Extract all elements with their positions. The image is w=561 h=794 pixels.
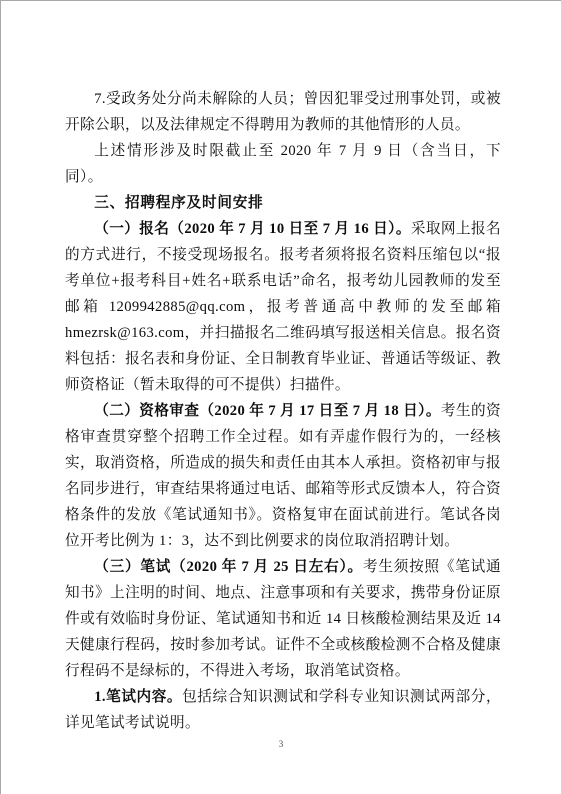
para-registration: （一）报名（2020 年 7 月 10 日至 7 月 16 日）。采取网上报名的…: [65, 216, 501, 398]
page-number: 3: [1, 739, 561, 749]
heading-recruitment-procedure-text: 三、招聘程序及时间安排: [94, 195, 263, 211]
para-written-exam-lead: （三）笔试（2020 年 7 月 25 日左右）。: [94, 559, 363, 575]
para-qualification-review-lead: （二）资格审查（2020 年 7 月 17 日至 7 月 18 日）。: [94, 403, 441, 419]
para-exam-content: 1.笔试内容。包括综合知识测试和学科专业知识测试两部分，详见笔试考试说明。: [65, 684, 501, 736]
para-registration-lead: （一）报名（2020 年 7 月 10 日至 7 月 16 日）。: [94, 221, 411, 237]
document-body: 7.受政务处分尚未解除的人员；曾因犯罪受过刑事处罚，或被开除公职，以及法律规定不…: [65, 86, 501, 736]
para-deadline-note: 上述情形涉及时限截止至 2020 年 7 月 9 日（含当日，下同）。: [65, 138, 501, 190]
para-qualification-review: （二）资格审查（2020 年 7 月 17 日至 7 月 18 日）。考生的资格…: [65, 398, 501, 554]
para-written-exam-body: 考生须按照《笔试通知书》上注明的时间、地点、注意事项和有关要求，携带身份证原件或…: [65, 559, 501, 679]
para-qualification-review-body: 考生的资格审查贯穿整个招聘工作全过程。如有弄虚作假行为的，一经核实，取消资格，所…: [65, 403, 501, 549]
heading-recruitment-procedure: 三、招聘程序及时间安排: [65, 190, 501, 216]
para-deadline-note-text: 上述情形涉及时限截止至 2020 年 7 月 9 日（含当日，下同）。: [65, 143, 501, 185]
para-registration-body: 采取网上报名的方式进行，不接受现场报名。报考者须将报名资料压缩包以“报考单位+报…: [65, 221, 501, 393]
document-page: 7.受政务处分尚未解除的人员；曾因犯罪受过刑事处罚，或被开除公职，以及法律规定不…: [0, 0, 561, 794]
para-disqualified-persons: 7.受政务处分尚未解除的人员；曾因犯罪受过刑事处罚，或被开除公职，以及法律规定不…: [65, 86, 501, 138]
para-exam-content-lead: 1.笔试内容。: [94, 689, 182, 705]
para-written-exam: （三）笔试（2020 年 7 月 25 日左右）。考生须按照《笔试通知书》上注明…: [65, 554, 501, 684]
para-disqualified-persons-text: 7.受政务处分尚未解除的人员；曾因犯罪受过刑事处罚，或被开除公职，以及法律规定不…: [65, 91, 501, 133]
